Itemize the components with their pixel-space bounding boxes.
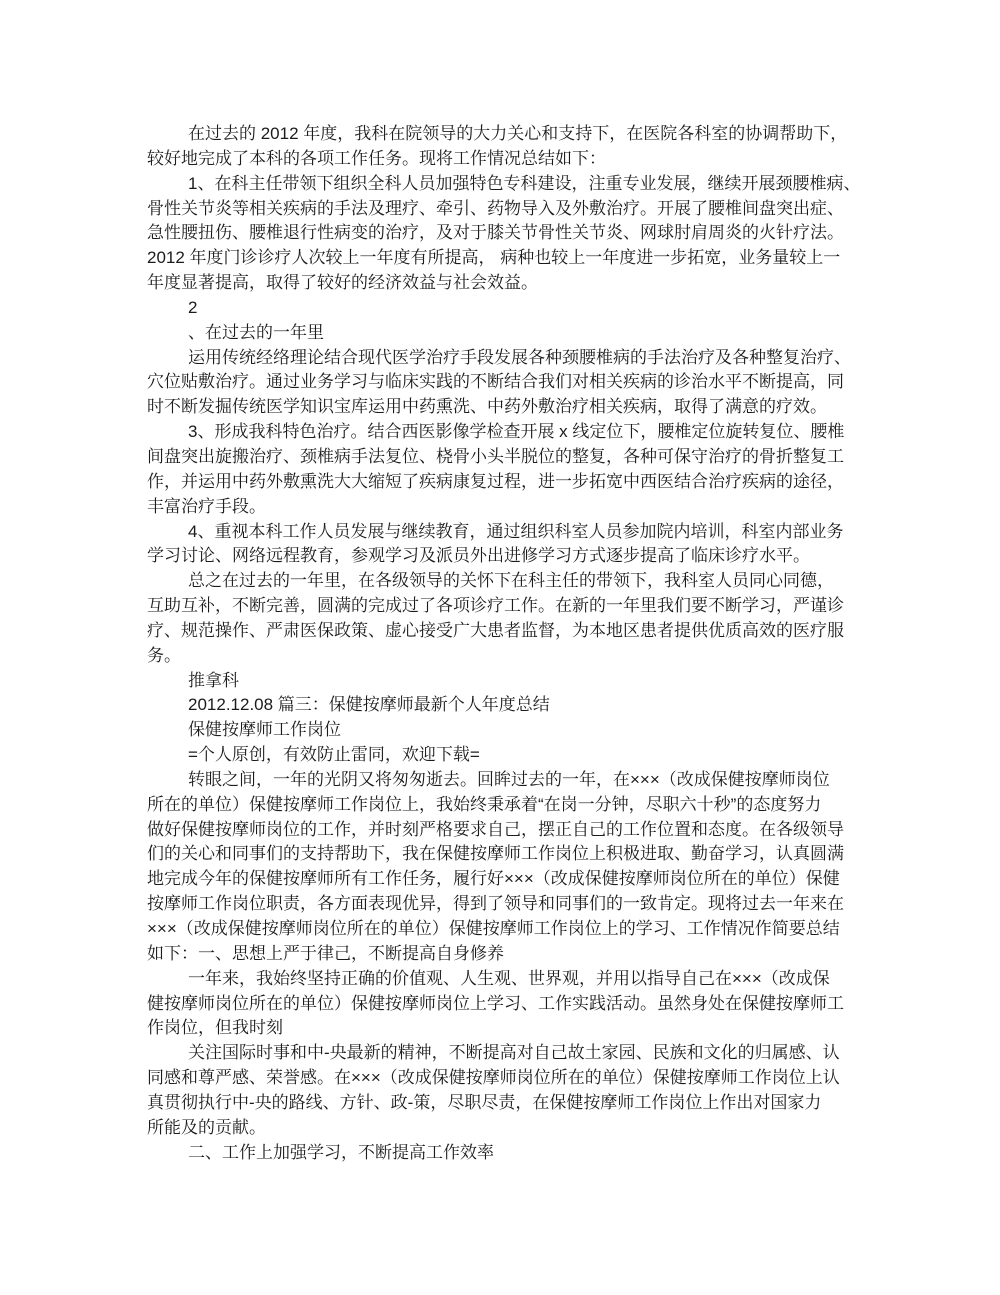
text-line: 做好保健按摩师岗位的工作，并时刻严格要求自己，摆正自己的工作位置和态度。在各级领…	[147, 818, 862, 843]
text-line: 间盘突出旋搬治疗、颈椎病手法复位、桡骨小头半脱位的整复，各种可保守治疗的骨折整复…	[147, 445, 862, 470]
text-line: 同感和尊严感、荣誉感。在×××（改成保健按摩师岗位所在的单位）保健按摩师工作岗位…	[147, 1066, 862, 1091]
text-line: 一年来，我始终坚持正确的价值观、人生观、世界观，并用以指导自己在×××（改成保	[147, 967, 862, 992]
text-line: 健按摩师岗位所在的单位）保健按摩师岗位上学习、工作实践活动。虽然身处在保健按摩师…	[147, 992, 862, 1017]
text-line: 时不断发掘传统医学知识宝库运用中药熏洗、中药外敷治疗相关疾病，取得了满意的疗效。	[147, 395, 862, 420]
text-line: 按摩师工作岗位职责，各方面表现优异，得到了领导和同事们的一致肯定。现将过去一年来…	[147, 892, 862, 917]
text-line: 2012 年度门诊诊疗人次较上一年度有所提高， 病种也较上一年度进一步拓宽，业务…	[147, 246, 862, 271]
text-line: 所在的单位）保健按摩师工作岗位上，我始终秉承着“在岗一分钟，尽职六十秒”的态度努…	[147, 793, 862, 818]
text-line: 4、重视本科工作人员发展与继续教育，通过组织科室人员参加院内培训，科室内部业务	[147, 520, 862, 545]
text-line: 骨性关节炎等相关疾病的手法及理疗、牵引、药物导入及外敷治疗。开展了腰椎间盘突出症…	[147, 197, 862, 222]
text-line: 急性腰扭伤、腰椎退行性病变的治疗，及对于膝关节骨性关节炎、网球肘肩周炎的火针疗法…	[147, 221, 862, 246]
text-line: 1、在科主任带领下组织全科人员加强特色专科建设，注重专业发展，继续开展颈腰椎病、	[147, 172, 862, 197]
text-line: 作岗位，但我时刻	[147, 1016, 862, 1041]
text-line: 3、形成我科特色治疗。结合西医影像学检查开展 x 线定位下，腰椎定位旋转复位、腰…	[147, 420, 862, 445]
text-line: 保健按摩师工作岗位	[147, 718, 862, 743]
text-line: 推拿科	[147, 669, 862, 694]
text-line: 年度显著提高，取得了较好的经济效益与社会效益。	[147, 271, 862, 296]
text-line: 二、工作上加强学习，不断提高工作效率	[147, 1141, 862, 1166]
text-line: 互助互补，不断完善，圆满的完成过了各项诊疗工作。在新的一年里我们要不断学习，严谨…	[147, 594, 862, 619]
text-line: 总之在过去的一年里，在各级领导的关怀下在科主任的带领下，我科室人员同心同德，	[147, 569, 862, 594]
document-body: 在过去的 2012 年度，我科在院领导的大力关心和支持下，在医院各科室的协调帮助…	[147, 122, 862, 1165]
text-line: 运用传统经络理论结合现代医学治疗手段发展各种颈腰椎病的手法治疗及各种整复治疗、	[147, 346, 862, 371]
text-line: 疗、规范操作、严肃医保政策、虚心接受广大患者监督，为本地区患者提供优质高效的医疗…	[147, 619, 862, 644]
text-line: 如下：一、思想上严于律己，不断提高自身修养	[147, 942, 862, 967]
text-line: 转眼之间，一年的光阴又将匆匆逝去。回眸过去的一年，在×××（改成保健按摩师岗位	[147, 768, 862, 793]
text-line: =个人原创，有效防止雷同，欢迎下载=	[147, 743, 862, 768]
text-line: 在过去的 2012 年度，我科在院领导的大力关心和支持下，在医院各科室的协调帮助…	[147, 122, 862, 147]
text-line: 关注国际时事和中-央最新的精神，不断提高对自己故土家园、民族和文化的归属感、认	[147, 1041, 862, 1066]
text-line: 丰富治疗手段。	[147, 495, 862, 520]
document-page: { "page": { "background_color": "#ffffff…	[0, 0, 1000, 1295]
text-line: 、在过去的一年里	[147, 321, 862, 346]
text-line: ×××（改成保健按摩师岗位所在的单位）保健按摩师工作岗位上的学习、工作情况作简要…	[147, 917, 862, 942]
text-line: 2	[147, 296, 862, 321]
text-line: 所能及的贡献。	[147, 1116, 862, 1141]
text-line: 地完成今年的保健按摩师所有工作任务，履行好×××（改成保健按摩师岗位所在的单位）…	[147, 867, 862, 892]
text-line: 务。	[147, 644, 862, 669]
text-line: 学习讨论、网络远程教育，参观学习及派员外出进修学习方式逐步提高了临床诊疗水平。	[147, 544, 862, 569]
text-line: 真贯彻执行中-央的路线、方针、政-策，尽职尽责，在保健按摩师工作岗位上作出对国家…	[147, 1091, 862, 1116]
text-line: 2012.12.08 篇三：保健按摩师最新个人年度总结	[147, 693, 862, 718]
text-line: 作，并运用中药外敷熏洗大大缩短了疾病康复过程，进一步拓宽中西医结合治疗疾病的途径…	[147, 470, 862, 495]
text-line: 穴位贴敷治疗。通过业务学习与临床实践的不断结合我们对相关疾病的诊治水平不断提高，…	[147, 370, 862, 395]
text-line: 较好地完成了本科的各项工作任务。现将工作情况总结如下：	[147, 147, 862, 172]
text-line: 们的关心和同事们的支持帮助下，我在保健按摩师工作岗位上积极进取、勤奋学习，认真圆…	[147, 842, 862, 867]
